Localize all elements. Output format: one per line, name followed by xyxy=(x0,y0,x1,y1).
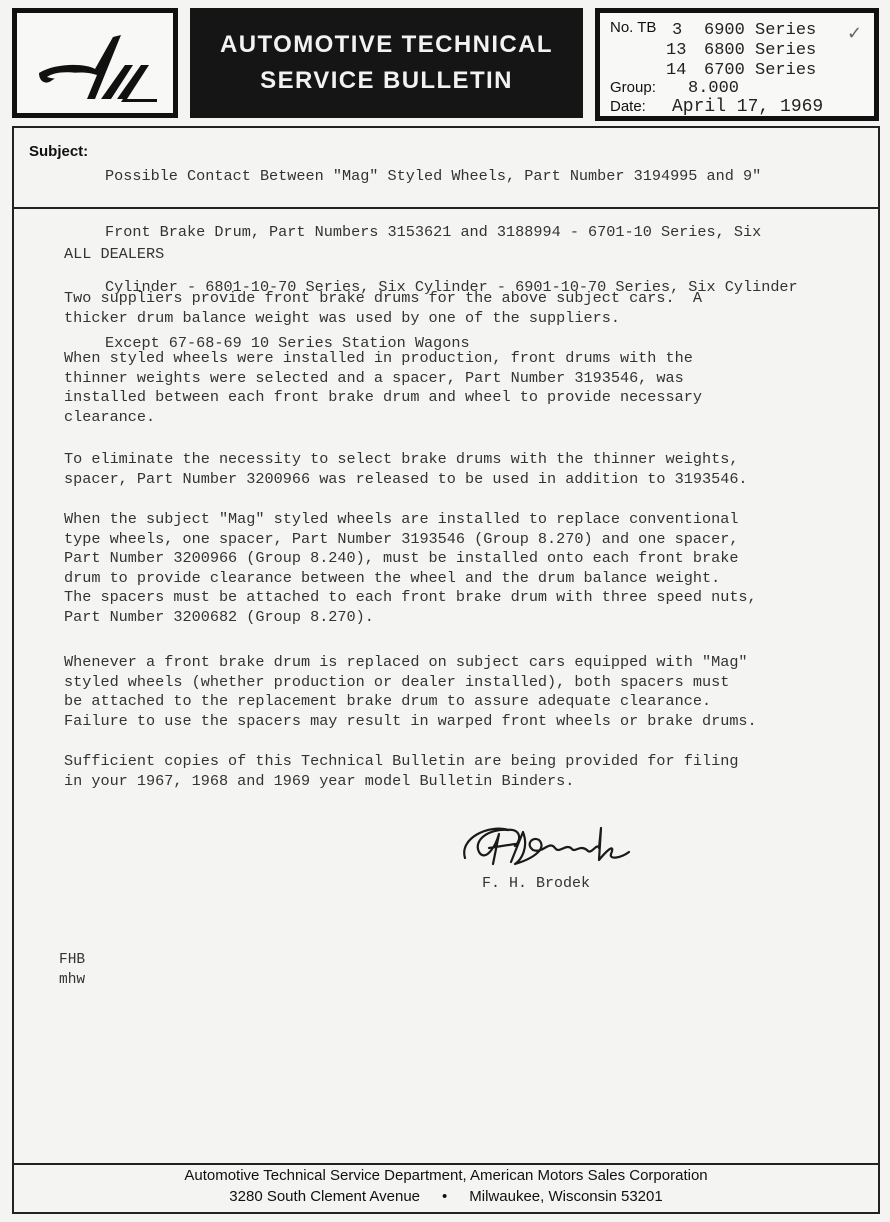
tb-series-1: 6900 Series xyxy=(704,21,816,40)
tb-series-2: 6800 Series xyxy=(704,41,816,60)
bulletin-body-frame: Subject: Possible Contact Between "Mag" … xyxy=(12,126,880,1214)
footer: Automotive Technical Service Department,… xyxy=(14,1163,878,1214)
paragraph-installation: When the subject "Mag" styled wheels are… xyxy=(64,510,757,627)
date-label: Date: xyxy=(610,98,646,115)
paragraph-production: When styled wheels were installed in pro… xyxy=(64,349,702,427)
am-logo xyxy=(12,8,178,118)
bulletin-info-box: No. TB 3 6900 Series ✓ 13 6800 Series 14… xyxy=(595,8,879,121)
subject-section: Subject: Possible Contact Between "Mag" … xyxy=(14,128,878,209)
signer-name: F. H. Brodek xyxy=(482,875,590,892)
paragraph-replacement: Whenever a front brake drum is replaced … xyxy=(64,653,757,731)
paragraph-copies: Sufficient copies of this Technical Bull… xyxy=(64,752,738,791)
salutation: ALL DEALERS xyxy=(64,245,164,265)
footer-department: Automotive Technical Service Department,… xyxy=(14,1165,878,1186)
tb-number-3: 14 xyxy=(666,61,686,80)
title-line-1: AUTOMOTIVE TECHNICAL xyxy=(220,27,553,63)
subject-line: Front Brake Drum, Part Numbers 3153621 a… xyxy=(105,223,798,242)
subject-label: Subject: xyxy=(29,143,88,160)
tb-number-2: 13 xyxy=(666,41,686,60)
typist-initials: FHB mhw xyxy=(59,950,85,990)
bullet-separator: • xyxy=(442,1186,447,1207)
footer-city: Milwaukee, Wisconsin 53201 xyxy=(469,1188,662,1205)
subject-line: Possible Contact Between "Mag" Styled Wh… xyxy=(105,167,798,186)
footer-address-row: 3280 South Clement Avenue•Milwaukee, Wis… xyxy=(14,1186,878,1207)
date-value: April 17, 1969 xyxy=(672,97,823,117)
tb-series-3: 6700 Series xyxy=(704,61,816,80)
tb-number-1: 3 xyxy=(672,21,682,40)
check-mark-icon: ✓ xyxy=(847,23,862,44)
group-value: 8.000 xyxy=(688,79,739,98)
title-line-2: SERVICE BULLETIN xyxy=(260,63,513,99)
paragraph-eliminate: To eliminate the necessity to select bra… xyxy=(64,450,748,489)
group-label: Group: xyxy=(610,79,656,96)
bulletin-title-banner: AUTOMOTIVE TECHNICAL SERVICE BULLETIN xyxy=(190,8,583,118)
handwritten-signature xyxy=(459,818,639,874)
paragraph-suppliers: Two suppliers provide front brake drums … xyxy=(64,289,702,328)
tb-number-label: No. TB xyxy=(610,19,656,36)
footer-street: 3280 South Clement Avenue xyxy=(229,1188,420,1205)
am-logo-icon xyxy=(25,19,165,109)
